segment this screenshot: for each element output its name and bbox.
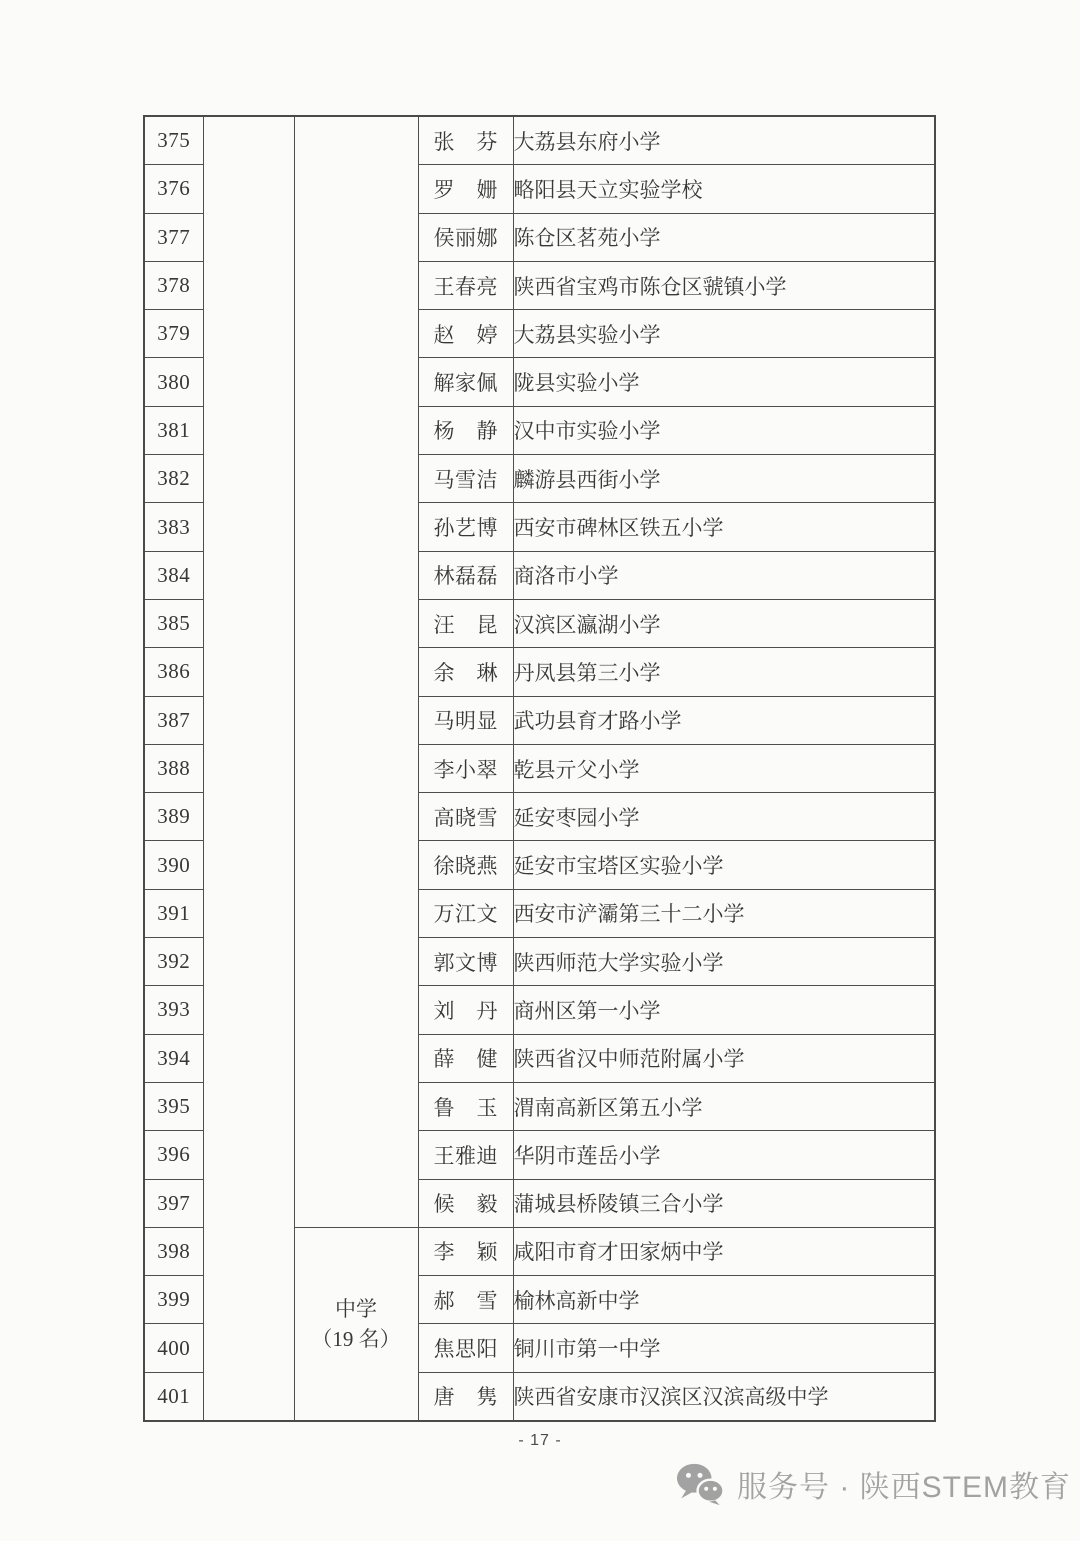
roster-table-body: 375张芬大荔县东府小学376罗姗略阳县天立实验学校377侯丽娜陈仓区茗苑小学3…: [144, 116, 935, 1421]
teacher-name: 鲁玉: [434, 1092, 498, 1122]
document-page: 375张芬大荔县东府小学376罗姗略阳县天立实验学校377侯丽娜陈仓区茗苑小学3…: [0, 0, 1080, 1541]
teacher-name: 王雅迪: [434, 1140, 498, 1170]
school-name: 延安枣园小学: [513, 793, 935, 841]
school-name: 华阴市莲岳小学: [513, 1131, 935, 1179]
teacher-name-cell: 孙艺博: [418, 503, 513, 551]
row-number: 382: [144, 455, 203, 503]
page-number: - 17 -: [0, 1432, 1080, 1450]
row-number: 378: [144, 261, 203, 309]
teacher-name-cell: 郝雪: [418, 1276, 513, 1324]
teacher-name: 郭文博: [434, 947, 498, 977]
teacher-name-cell: 李颖: [418, 1227, 513, 1275]
school-name: 大荔县东府小学: [513, 116, 935, 165]
school-name: 陕西师范大学实验小学: [513, 938, 935, 986]
row-number: 397: [144, 1179, 203, 1227]
school-name: 丹凤县第三小学: [513, 648, 935, 696]
school-name: 陕西省宝鸡市陈仓区虢镇小学: [513, 261, 935, 309]
roster-table: 375张芬大荔县东府小学376罗姗略阳县天立实验学校377侯丽娜陈仓区茗苑小学3…: [143, 115, 936, 1422]
group-label-line: 中学: [295, 1294, 418, 1324]
row-number: 401: [144, 1372, 203, 1421]
teacher-name-cell: 杨静: [418, 406, 513, 454]
school-name: 汉滨区瀛湖小学: [513, 599, 935, 647]
school-name: 咸阳市育才田家炳中学: [513, 1227, 935, 1275]
row-number: 377: [144, 213, 203, 261]
teacher-name-cell: 鲁玉: [418, 1082, 513, 1130]
teacher-name: 杨静: [434, 415, 498, 445]
teacher-name: 侯丽娜: [434, 222, 498, 252]
row-number: 391: [144, 889, 203, 937]
teacher-name: 薛健: [434, 1043, 498, 1073]
school-name: 陈仓区茗苑小学: [513, 213, 935, 261]
school-name: 乾县亓父小学: [513, 744, 935, 792]
group-cell: [294, 116, 418, 1227]
row-number: 387: [144, 696, 203, 744]
teacher-name-cell: 焦思阳: [418, 1324, 513, 1372]
teacher-name: 徐晓燕: [434, 850, 498, 880]
teacher-name-cell: 汪昆: [418, 599, 513, 647]
teacher-name: 王春亮: [434, 271, 498, 301]
row-number: 386: [144, 648, 203, 696]
teacher-name: 解家佩: [434, 367, 498, 397]
row-number: 389: [144, 793, 203, 841]
watermark: 服务号 · 陕西STEM教育: [676, 1462, 1071, 1506]
teacher-name: 罗姗: [434, 174, 498, 204]
teacher-name: 刘丹: [434, 995, 498, 1025]
teacher-name-cell: 解家佩: [418, 358, 513, 406]
teacher-name-cell: 万江文: [418, 889, 513, 937]
teacher-name-cell: 侯丽娜: [418, 213, 513, 261]
teacher-name: 郝雪: [434, 1285, 498, 1315]
row-number: 376: [144, 165, 203, 213]
row-number: 394: [144, 1034, 203, 1082]
school-name: 麟游县西街小学: [513, 455, 935, 503]
watermark-text: 服务号 · 陕西STEM教育: [737, 1462, 1071, 1506]
school-name: 汉中市实验小学: [513, 406, 935, 454]
teacher-name-cell: 候毅: [418, 1179, 513, 1227]
teacher-name-cell: 李小翠: [418, 744, 513, 792]
wechat-icon: [676, 1462, 724, 1506]
row-number: 399: [144, 1276, 203, 1324]
school-name: 铜川市第一中学: [513, 1324, 935, 1372]
row-number: 388: [144, 744, 203, 792]
teacher-name-cell: 王雅迪: [418, 1131, 513, 1179]
teacher-name-cell: 余琳: [418, 648, 513, 696]
teacher-name-cell: 张芬: [418, 116, 513, 165]
row-number: 393: [144, 986, 203, 1034]
school-name: 商州区第一小学: [513, 986, 935, 1034]
school-name: 延安市宝塔区实验小学: [513, 841, 935, 889]
row-number: 398: [144, 1227, 203, 1275]
row-number: 385: [144, 599, 203, 647]
row-number: 396: [144, 1131, 203, 1179]
row-number: 400: [144, 1324, 203, 1372]
school-name: 武功县育才路小学: [513, 696, 935, 744]
school-name: 陕西省汉中师范附属小学: [513, 1034, 935, 1082]
teacher-name: 万江文: [434, 898, 498, 928]
teacher-name-cell: 徐晓燕: [418, 841, 513, 889]
school-name: 陕西省安康市汉滨区汉滨高级中学: [513, 1372, 935, 1421]
row-number: 379: [144, 310, 203, 358]
group-cell: 中学（19 名）: [294, 1227, 418, 1421]
teacher-name: 李颖: [434, 1236, 498, 1266]
school-name: 榆林高新中学: [513, 1276, 935, 1324]
teacher-name-cell: 王春亮: [418, 261, 513, 309]
teacher-name-cell: 唐隽: [418, 1372, 513, 1421]
row-number: 383: [144, 503, 203, 551]
teacher-name-cell: 薛健: [418, 1034, 513, 1082]
row-number: 384: [144, 551, 203, 599]
teacher-name: 余琳: [434, 657, 498, 687]
row-number: 375: [144, 116, 203, 165]
table-row: 375张芬大荔县东府小学: [144, 116, 935, 165]
school-name: 略阳县天立实验学校: [513, 165, 935, 213]
teacher-name: 汪昆: [434, 609, 498, 639]
school-name: 渭南高新区第五小学: [513, 1082, 935, 1130]
teacher-name-cell: 刘丹: [418, 986, 513, 1034]
row-number: 390: [144, 841, 203, 889]
teacher-name-cell: 赵婷: [418, 310, 513, 358]
group-label-line: （19 名）: [295, 1324, 418, 1354]
row-number: 380: [144, 358, 203, 406]
teacher-name: 候毅: [434, 1188, 498, 1218]
teacher-name: 高晓雪: [434, 802, 498, 832]
teacher-name-cell: 罗姗: [418, 165, 513, 213]
teacher-name: 马明显: [434, 705, 498, 735]
school-name: 商洛市小学: [513, 551, 935, 599]
teacher-name-cell: 林磊磊: [418, 551, 513, 599]
teacher-name-cell: 马明显: [418, 696, 513, 744]
teacher-name: 唐隽: [434, 1381, 498, 1411]
teacher-name: 焦思阳: [434, 1333, 498, 1363]
school-name: 西安市浐灞第三十二小学: [513, 889, 935, 937]
school-name: 大荔县实验小学: [513, 310, 935, 358]
row-number: 395: [144, 1082, 203, 1130]
teacher-name: 马雪洁: [434, 464, 498, 494]
school-name: 西安市碑林区铁五小学: [513, 503, 935, 551]
row-number: 392: [144, 938, 203, 986]
teacher-name: 赵婷: [434, 319, 498, 349]
teacher-name: 林磊磊: [434, 560, 498, 590]
school-name: 蒲城县桥陵镇三合小学: [513, 1179, 935, 1227]
teacher-name: 李小翠: [434, 754, 498, 784]
teacher-name-cell: 郭文博: [418, 938, 513, 986]
teacher-name: 孙艺博: [434, 512, 498, 542]
teacher-name: 张芬: [434, 126, 498, 156]
teacher-name-cell: 高晓雪: [418, 793, 513, 841]
teacher-name-cell: 马雪洁: [418, 455, 513, 503]
row-number: 381: [144, 406, 203, 454]
category-cell: [203, 116, 294, 1421]
school-name: 陇县实验小学: [513, 358, 935, 406]
